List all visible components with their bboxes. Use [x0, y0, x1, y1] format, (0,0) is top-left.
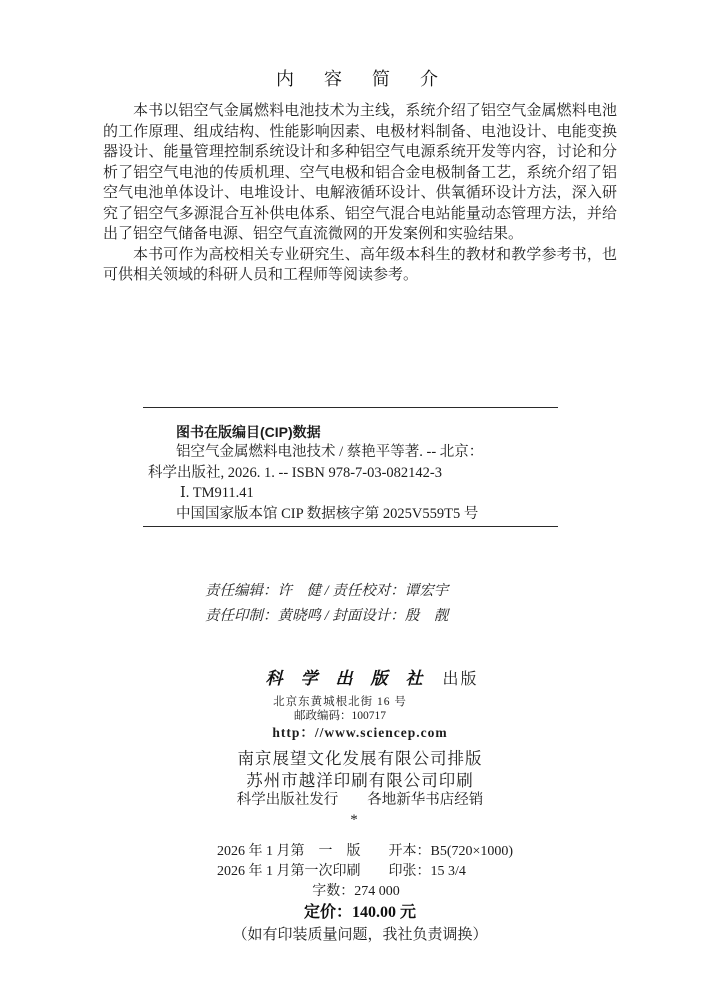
credits-printer-designer-line: 责任印制：黄晓鸣 / 封面设计：殷 靓: [205, 604, 448, 629]
abstract-paragraph-2: 本书可作为高校相关专业研究生、高年级本科生的教材和教学参考书，也可供相关领域的科…: [103, 245, 617, 286]
quality-exchange-note: （如有印装质量问题，我社负责调换）: [0, 923, 720, 944]
publisher-website: http：//www.sciencep.com: [0, 721, 720, 741]
distribution-line: 科学出版社发行 各地新华书店经销: [0, 788, 720, 809]
printing-date-sheets-line: 2026 年 1 月第一次印刷 印张：15 3/4: [217, 862, 495, 882]
page-title: 内 容 简 介: [0, 69, 720, 89]
cip-heading: 图书在版编目(CIP)数据: [176, 422, 558, 442]
edition-date-format-line: 2026 年 1 月第 一 版 开本：B5(720×1000): [217, 842, 495, 862]
cip-title-author-line: 铝空气金属燃料电池技术 / 蔡艳平等著. -- 北京：: [176, 442, 558, 462]
cip-data-box: 图书在版编目(CIP)数据 铝空气金属燃料电池技术 / 蔡艳平等著. -- 北京…: [143, 407, 558, 527]
copyright-page: 内 容 简 介 本书以铝空气金属燃料电池技术为主线，系统介绍了铝空气金属燃料电池…: [0, 0, 720, 1000]
cip-classification-line: Ⅰ. TM911.41: [180, 483, 558, 503]
staff-credits-block: 责任编辑：许 健 / 责任校对：谭宏宇 责任印制：黄晓鸣 / 封面设计：殷 靓: [205, 579, 448, 629]
abstract-paragraph-1: 本书以铝空气金属燃料电池技术为主线，系统介绍了铝空气金属燃料电池的工作原理、组成…: [103, 101, 617, 245]
publisher-logo: 科学出版社: [265, 669, 440, 688]
publisher-verb-label: 出版: [442, 671, 478, 688]
edition-info-block: 2026 年 1 月第 一 版 开本：B5(720×1000) 2026 年 1…: [217, 842, 495, 902]
cip-record-number-line: 中国国家版本馆 CIP 数据核字第 2025V559T5 号: [176, 504, 558, 524]
price-line: 定价：140.00 元: [0, 899, 720, 922]
asterisk-divider: *: [0, 812, 714, 829]
cip-publisher-isbn-line: 科学出版社, 2026. 1. -- ISBN 978-7-03-082142-…: [148, 463, 558, 483]
typesetting-company-line: 南京展望文化发展有限公司排版: [0, 745, 720, 769]
credits-editor-proofreader-line: 责任编辑：许 健 / 责任校对：谭宏宇: [205, 579, 448, 604]
abstract-block: 本书以铝空气金属燃料电池技术为主线，系统介绍了铝空气金属燃料电池的工作原理、组成…: [103, 101, 617, 286]
publisher-logo-line: 科学出版社出版: [12, 664, 720, 689]
